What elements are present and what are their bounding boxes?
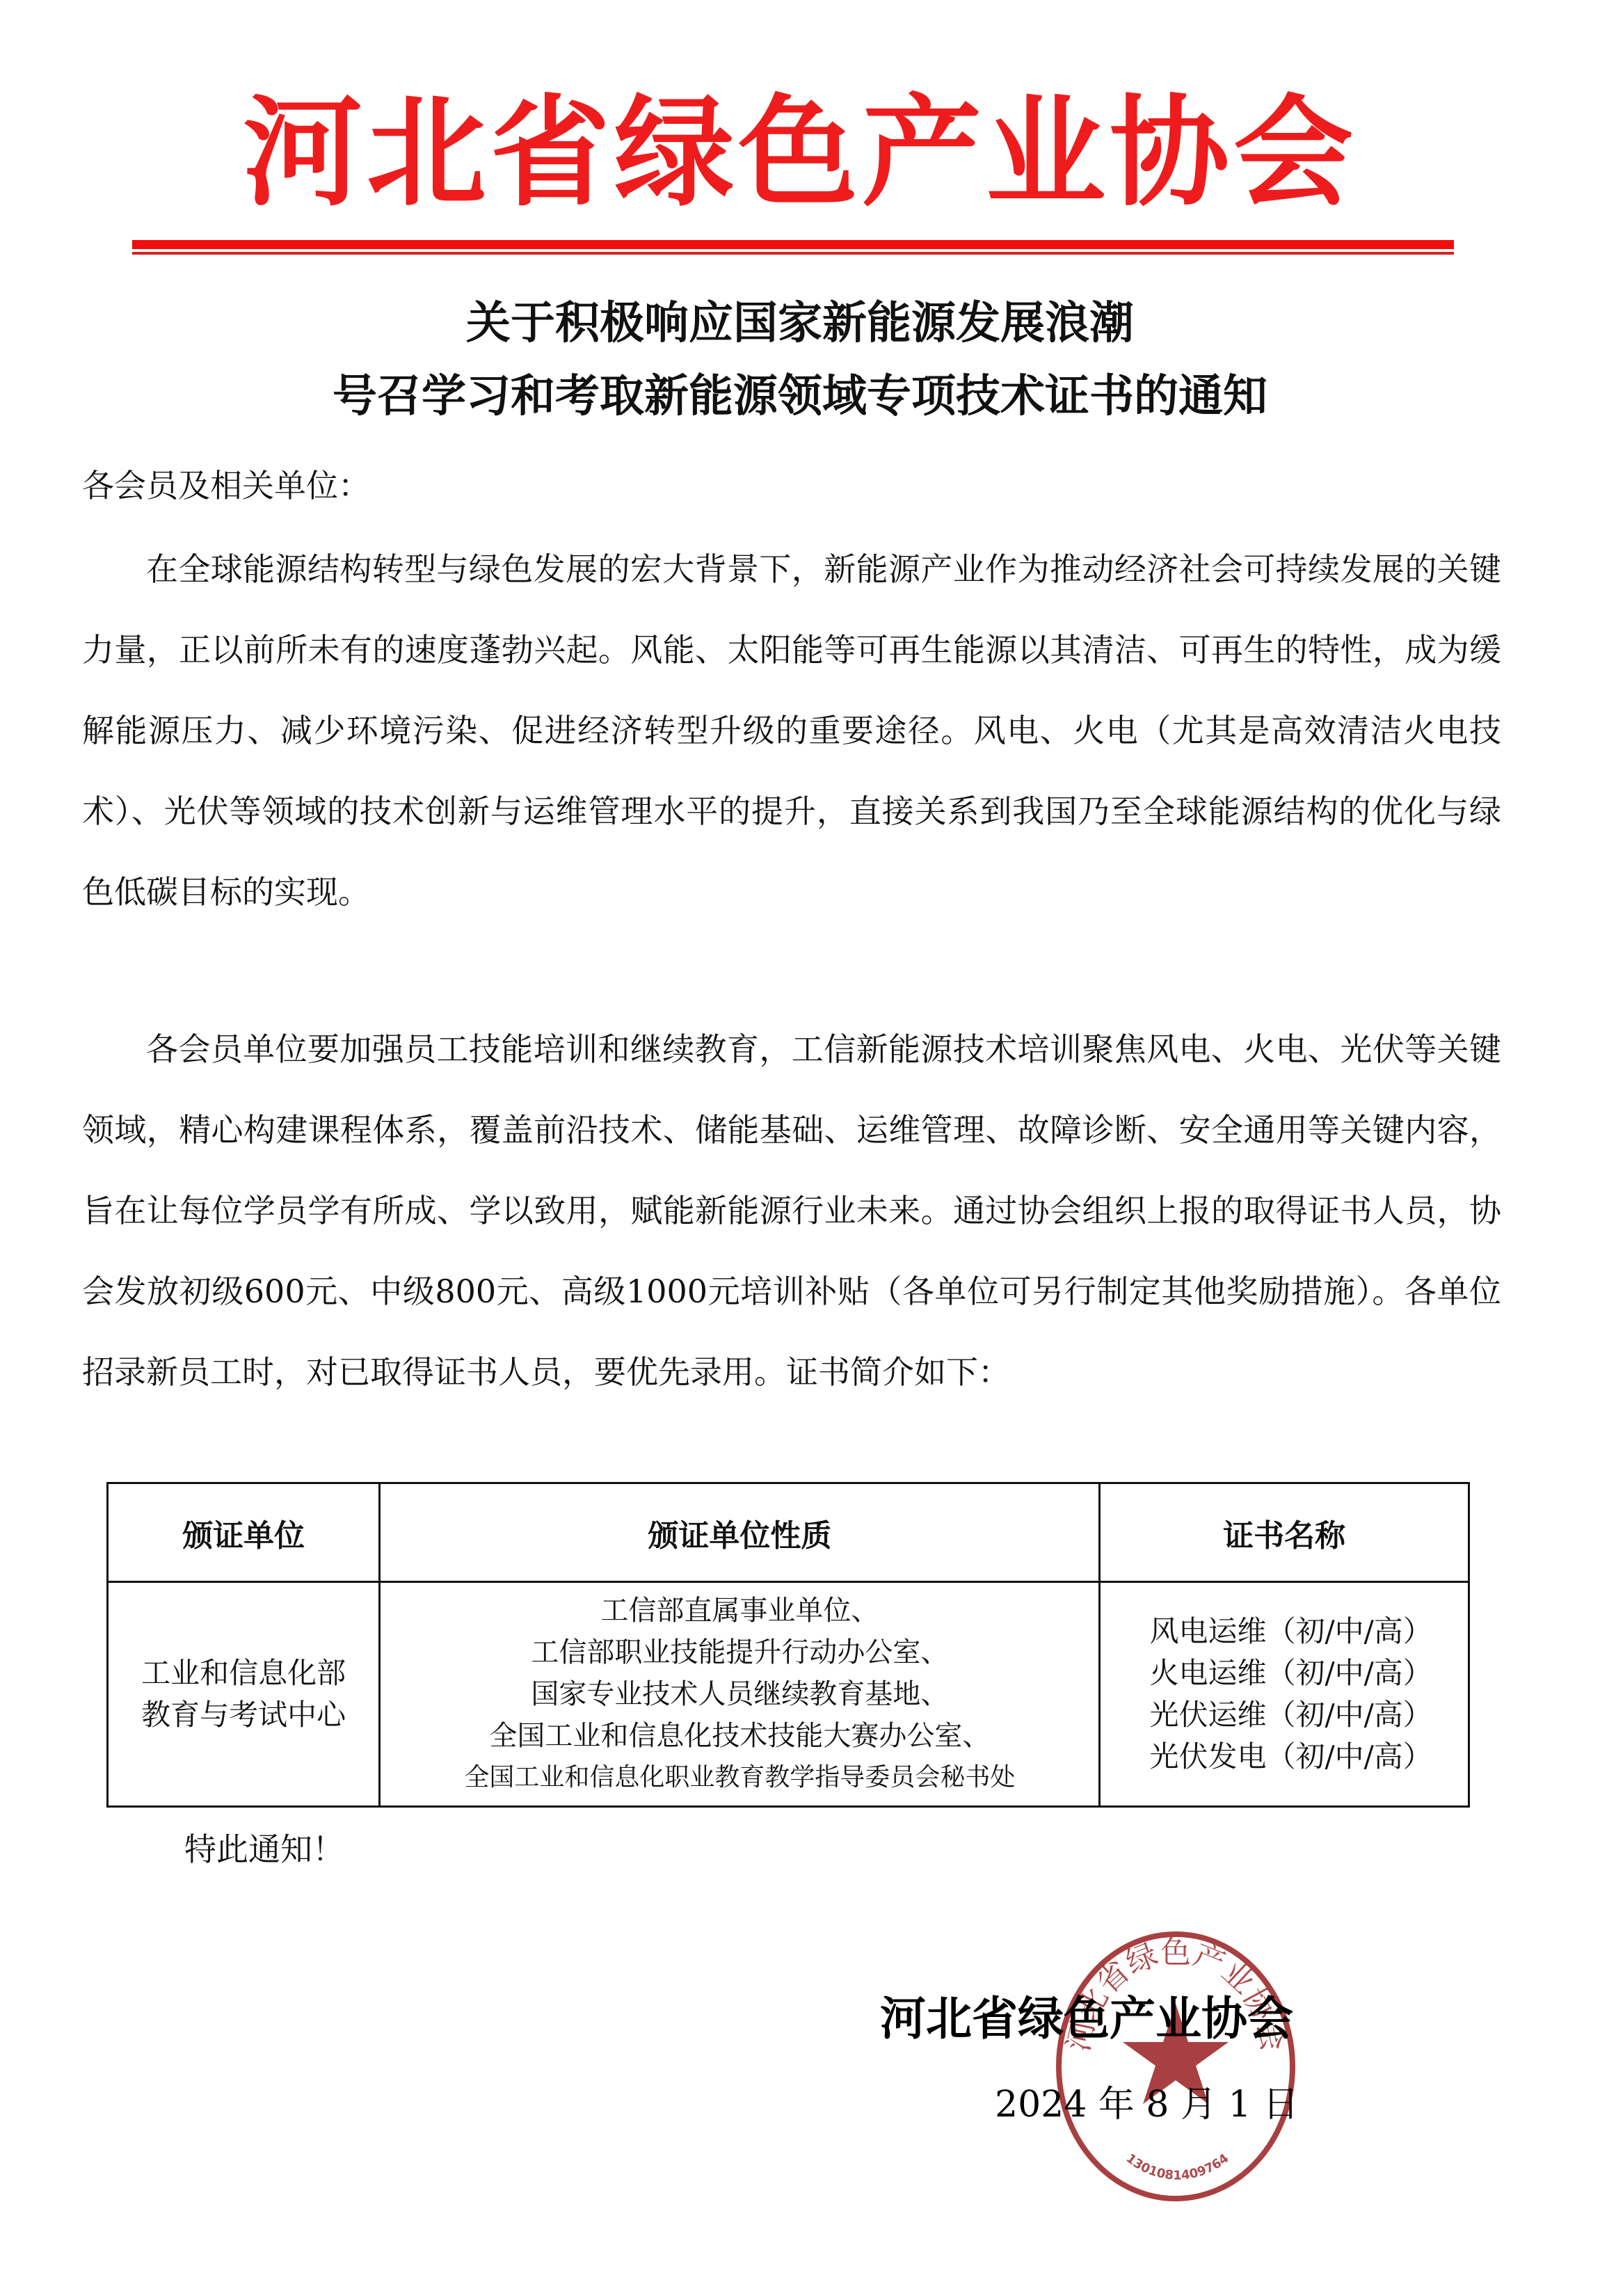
document-title-line-2: 号召学习和考取新能源领域专项技术证书的通知 — [0, 369, 1600, 424]
certificate-item: 光伏发电（初/中/高） — [1114, 1736, 1467, 1778]
cell-issuer: 工业和信息化部 教育与考试中心 — [108, 1582, 380, 1807]
svg-text:1301081409764: 1301081409764 — [1123, 2151, 1232, 2183]
nature-line: 工信部职业技能提升行动办公室、 — [381, 1632, 1098, 1673]
issuer-line: 工业和信息化部 — [109, 1652, 378, 1694]
certificate-table: 颁证单位 颁证单位性质 证书名称 工业和信息化部 教育与考试中心 工信部直属事业… — [106, 1482, 1470, 1808]
salutation: 各会员及相关单位： — [82, 465, 370, 507]
nature-line: 全国工业和信息化技术技能大赛办公室、 — [381, 1715, 1098, 1757]
certificate-item: 火电运维（初/中/高） — [1114, 1652, 1467, 1694]
issuer-line: 教育与考试中心 — [109, 1694, 378, 1736]
certificate-item: 光伏运维（初/中/高） — [1114, 1694, 1467, 1736]
certificate-item: 风电运维（初/中/高） — [1114, 1611, 1467, 1652]
cell-issuer-nature: 工信部直属事业单位、 工信部职业技能提升行动办公室、 国家专业技术人员继续教育基… — [380, 1582, 1100, 1807]
header-issuer: 颁证单位 — [108, 1483, 380, 1582]
cell-certificates: 风电运维（初/中/高） 火电运维（初/中/高） 光伏运维（初/中/高） 光伏发电… — [1100, 1582, 1469, 1807]
masthead-divider-thick — [132, 240, 1454, 249]
body-paragraph-2: 各会员单位要加强员工技能培训和继续教育，工信新能源技术培训聚焦风电、火电、光伏等… — [82, 1009, 1501, 1412]
document-title-line-1: 关于积极响应国家新能源发展浪潮 — [0, 296, 1600, 351]
nature-line: 国家专业技术人员继续教育基地、 — [381, 1673, 1098, 1715]
nature-line: 工信部直属事业单位、 — [381, 1590, 1098, 1632]
masthead-org-name: 河北省绿色产业协会 — [0, 83, 1600, 223]
masthead-divider-thin — [132, 252, 1454, 255]
seal-number: 1301081409764 — [1123, 2151, 1232, 2183]
signature-date: 2024 年 8 月 1 日 — [995, 2080, 1299, 2129]
header-issuer-nature: 颁证单位性质 — [380, 1483, 1100, 1582]
table-row: 工业和信息化部 教育与考试中心 工信部直属事业单位、 工信部职业技能提升行动办公… — [108, 1582, 1469, 1807]
body-paragraph-1: 在全球能源结构转型与绿色发展的宏大背景下，新能源产业作为推动经济社会可持续发展的… — [82, 529, 1501, 932]
closing-remark: 特此通知！ — [184, 1828, 344, 1870]
official-seal-icon: 河北省绿色产业协会 1301081409764 — [1050, 1927, 1301, 2206]
signature-org-name: 河北省绿色产业协会 — [880, 1991, 1293, 2047]
header-certificate-name: 证书名称 — [1100, 1483, 1469, 1582]
nature-line: 全国工业和信息化职业教育教学指导委员会秘书处 — [381, 1757, 1098, 1799]
table-header-row: 颁证单位 颁证单位性质 证书名称 — [108, 1483, 1469, 1582]
